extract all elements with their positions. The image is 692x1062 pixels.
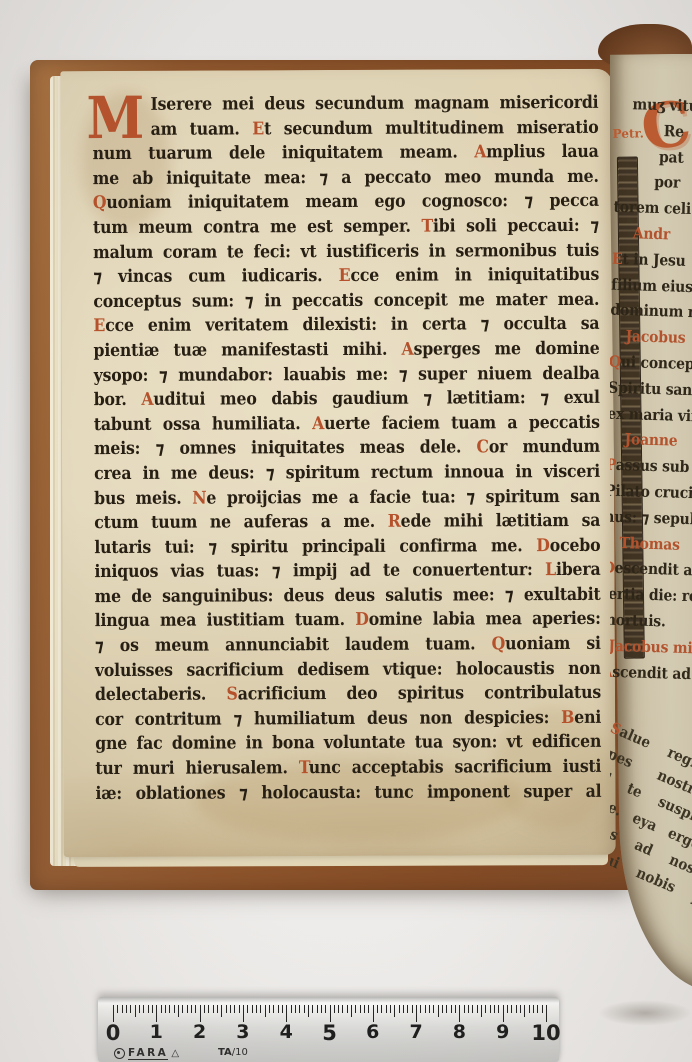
ruler-tick — [230, 1005, 231, 1013]
ruler-tick — [325, 1005, 326, 1013]
psalm-lines: Iserere mei deus secundum magnam miseric… — [92, 91, 601, 806]
ruler-tick — [273, 1005, 274, 1013]
ruler-tick — [286, 1005, 287, 1022]
circle-logo-icon — [114, 1048, 125, 1059]
ruler-tick — [542, 1005, 543, 1013]
ruler-number: 0 — [106, 1021, 121, 1045]
ruler-number: 6 — [366, 1021, 379, 1043]
ruler-tick — [152, 1005, 153, 1013]
ruler-tick — [355, 1005, 356, 1013]
text-line: gne fac domine in bona voluntate tua syo… — [95, 730, 601, 757]
left-page: M Iserere mei deus secundum magnam miser… — [60, 69, 615, 857]
ruler-number: 9 — [496, 1021, 509, 1043]
ruler-tick — [399, 1005, 400, 1013]
ruler-tick — [243, 1005, 244, 1022]
ruler-tick — [282, 1005, 283, 1013]
drop-cap-initial: M — [86, 93, 144, 143]
ruler-tick — [221, 1005, 222, 1017]
ruler-tick — [338, 1005, 339, 1013]
ruler-tick — [451, 1005, 452, 1013]
text-line: Jacobus mi — [610, 632, 692, 662]
ruler-tick — [213, 1005, 214, 1013]
ruler-tick — [117, 1005, 118, 1013]
right-page-wrap: Petr. C muʒ vitulosRepatportorem celi ⁊A… — [610, 54, 692, 1010]
text-line: Ecce enim veritatem dilexisti: in certa … — [93, 312, 599, 339]
text-line: tabunt ossa humiliata. Auerte faciem tua… — [94, 411, 600, 438]
ruler-tick — [312, 1005, 313, 1013]
ruler-tick — [368, 1005, 369, 1013]
ruler-tick — [524, 1005, 525, 1017]
ruler-tick — [537, 1005, 538, 1013]
ruler-number: 4 — [280, 1021, 293, 1043]
ruler-tick — [347, 1005, 348, 1013]
text-line: ⁊ os meum annunciabit laudem tuam. Quoni… — [95, 632, 601, 659]
text-line: malum coram te feci: vt iustificeris in … — [93, 238, 599, 265]
ruler-tick — [533, 1005, 534, 1013]
ruler-tick — [139, 1005, 140, 1013]
ruler-tick — [174, 1005, 175, 1013]
ruler-tick — [377, 1005, 378, 1013]
ruler-tick — [459, 1005, 460, 1022]
ruler-tick — [390, 1005, 391, 1013]
ruler-tick — [295, 1005, 296, 1013]
ruler-tick — [169, 1005, 170, 1013]
ruler-tick — [503, 1005, 504, 1022]
ruler-tick — [481, 1005, 482, 1017]
ruler-number: 7 — [409, 1021, 422, 1043]
creed-lines: muʒ vitulosRepatportorem celi ⁊AndrEt in… — [610, 91, 692, 689]
text-line: conceptus sum: ⁊ in peccatis concepit me… — [93, 288, 599, 315]
ruler-tick — [308, 1005, 309, 1017]
text-line: pientiæ tuæ manifestasti mihi. Asperges … — [93, 337, 599, 364]
ruler-number: 2 — [193, 1021, 206, 1043]
text-line: voluisses sacrificium dedisem vtique: ho… — [95, 657, 601, 684]
ruler-tick — [130, 1005, 131, 1013]
ruler-tick — [226, 1005, 227, 1013]
ruler-tick — [265, 1005, 266, 1017]
ruler-tick — [520, 1005, 521, 1013]
ruler-tick — [234, 1005, 235, 1013]
ruler-tick — [386, 1005, 387, 1013]
triangle-icon: △ — [171, 1048, 179, 1059]
ruler-tick — [490, 1005, 491, 1013]
ruler-tick — [330, 1005, 331, 1022]
ruler-model-suffix: /10 — [232, 1047, 248, 1058]
text-line: iæ: oblationes ⁊ holocausta: tunc impone… — [95, 779, 601, 806]
ruler-tick — [412, 1005, 413, 1013]
ruler-tick — [165, 1005, 166, 1013]
ruler-tick — [516, 1005, 517, 1013]
text-line: num tuarum dele iniquitatem meam. Ampliu… — [93, 140, 599, 167]
text-line: ex maria virg — [610, 400, 692, 430]
ruler-tick — [464, 1005, 465, 1013]
ruler-tick — [321, 1005, 322, 1013]
salve-regina-lines: Salue regina matspes nostra salAd te sus… — [610, 717, 692, 916]
ruler-tick — [529, 1005, 530, 1013]
text-line: delectaberis. Sacrificium deo spiritus c… — [95, 681, 601, 708]
psalm-text-block: M Iserere mei deus secundum magnam miser… — [92, 91, 601, 806]
ruler-tick — [477, 1005, 478, 1013]
text-line: bor. Auditui meo dabis gaudium ⁊ lætitia… — [94, 386, 600, 413]
text-line: torem celi ⁊ — [613, 194, 692, 224]
ruler-tick — [381, 1005, 382, 1013]
ruler-tick — [200, 1005, 201, 1022]
text-line: am tuam. Et secundum multitudinem misera… — [92, 115, 598, 142]
ruler-tick — [425, 1005, 426, 1013]
ruler-tick — [498, 1005, 499, 1013]
text-line: tur muri hierusalem. Tunc acceptabis sac… — [95, 755, 601, 782]
ruler-tick — [407, 1005, 408, 1013]
ruler-tick — [485, 1005, 486, 1013]
ruler-tick — [455, 1005, 456, 1013]
text-line: nus: ⁊ sepult — [610, 503, 692, 533]
ruler-tick — [148, 1005, 149, 1013]
ruler-tick — [468, 1005, 469, 1013]
ruler-tick — [546, 1005, 547, 1022]
ruler-tick — [364, 1005, 365, 1013]
photo-frame: M Iserere mei deus secundum magnam miser… — [0, 0, 692, 1062]
ruler-tick — [195, 1005, 196, 1013]
ruler-number: 3 — [236, 1021, 249, 1043]
ruler-tick — [446, 1005, 447, 1013]
right-page: Petr. C muʒ vitulosRepatportorem celi ⁊A… — [610, 54, 692, 993]
ruler-tick — [217, 1005, 218, 1013]
ruler-model: TA/10 — [218, 1047, 248, 1058]
ruler-tick — [317, 1005, 318, 1013]
ruler-tick — [429, 1005, 430, 1013]
ruler: 012345678910 FARA △ TA/10 — [98, 997, 559, 1062]
ruler-tick — [256, 1005, 257, 1013]
ruler-tick — [511, 1005, 512, 1013]
ruler-tick — [191, 1005, 192, 1013]
ruler-tick — [299, 1005, 300, 1013]
text-line: Ascendit ad ce — [610, 658, 692, 688]
ruler-tick — [433, 1005, 434, 1013]
text-line: Iserere mei deus secundum magnam miseric… — [92, 91, 598, 118]
ruler-tick — [182, 1005, 183, 1013]
ruler-tick — [278, 1005, 279, 1013]
ruler-tick — [208, 1005, 209, 1013]
ruler-tick — [494, 1005, 495, 1013]
ruler-tick — [351, 1005, 352, 1017]
text-line: crea in me deus: ⁊ spiritum rectum innou… — [94, 460, 600, 487]
ruler-tick — [472, 1005, 473, 1013]
text-line: ctum tuum ne auferas a me. Rede mihi læt… — [94, 509, 600, 536]
ruler-tick — [161, 1005, 162, 1013]
text-line: cor contritum ⁊ humiliatum deus non desp… — [95, 706, 601, 733]
ruler-tick — [239, 1005, 240, 1013]
ruler-tick — [394, 1005, 395, 1017]
ruler-tick — [342, 1005, 343, 1013]
text-line: dominum no — [610, 297, 692, 327]
text-line: lutaris tui: ⁊ spiritu principali confir… — [94, 534, 600, 561]
ruler-tick — [360, 1005, 361, 1013]
ruler-tick — [247, 1005, 248, 1013]
ruler-number: 5 — [322, 1021, 337, 1045]
ruler-brand-row: FARA △ — [114, 1046, 179, 1060]
ruler-tick — [334, 1005, 335, 1013]
text-line: iniquos vias tuas: ⁊ impij ad te conuert… — [94, 558, 600, 585]
ruler-brand: FARA — [128, 1047, 168, 1060]
ruler-tick — [507, 1005, 508, 1013]
text-line: meis: ⁊ omnes iniquitates meas dele. Cor… — [94, 435, 600, 462]
ruler-tick — [187, 1005, 188, 1013]
ruler-tick — [143, 1005, 144, 1013]
ruler-tick — [252, 1005, 253, 1013]
text-line: lingua mea iustitiam tuam. Domine labia … — [95, 607, 601, 634]
ruler-tick — [126, 1005, 127, 1013]
ruler-tick — [178, 1005, 179, 1017]
ruler-tick — [438, 1005, 439, 1017]
ruler-tick — [260, 1005, 261, 1013]
ruler-number: 10 — [531, 1021, 560, 1045]
ruler-tick — [135, 1005, 136, 1017]
ruler-number: 1 — [150, 1021, 163, 1043]
ruler-number: 8 — [453, 1021, 466, 1043]
text-line: me de sanguinibus: deus deus salutis mee… — [95, 583, 601, 610]
ruler-tick — [122, 1005, 123, 1013]
ruler-tick — [420, 1005, 421, 1013]
ruler-tick — [416, 1005, 417, 1022]
ruler-tick — [204, 1005, 205, 1013]
text-line: bus meis. Ne proijcias me a facie tua: ⁊… — [94, 484, 600, 511]
text-line: tum meum contra me est semper. Tibi soli… — [93, 214, 599, 241]
page-curl-shadow — [598, 1000, 692, 1026]
ruler-tick — [304, 1005, 305, 1013]
text-line: Quoniam iniquitatem meam ego cognosco: ⁊… — [93, 189, 599, 216]
ruler-tick — [156, 1005, 157, 1022]
ruler-tick — [113, 1005, 114, 1022]
text-line: ⁊ vincas cum iudicaris. Ecce enim in ini… — [93, 263, 599, 290]
text-line: me ab iniquitate mea: ⁊ a peccato meo mu… — [93, 165, 599, 192]
ruler-tick — [442, 1005, 443, 1013]
ruler-tick — [269, 1005, 270, 1013]
text-line: ysopo: ⁊ mundabor: lauabis me: ⁊ super n… — [94, 361, 600, 388]
ruler-tick — [291, 1005, 292, 1013]
ruler-tick — [373, 1005, 374, 1022]
ruler-tick — [403, 1005, 404, 1013]
ruler-model-prefix: TA — [218, 1047, 232, 1058]
